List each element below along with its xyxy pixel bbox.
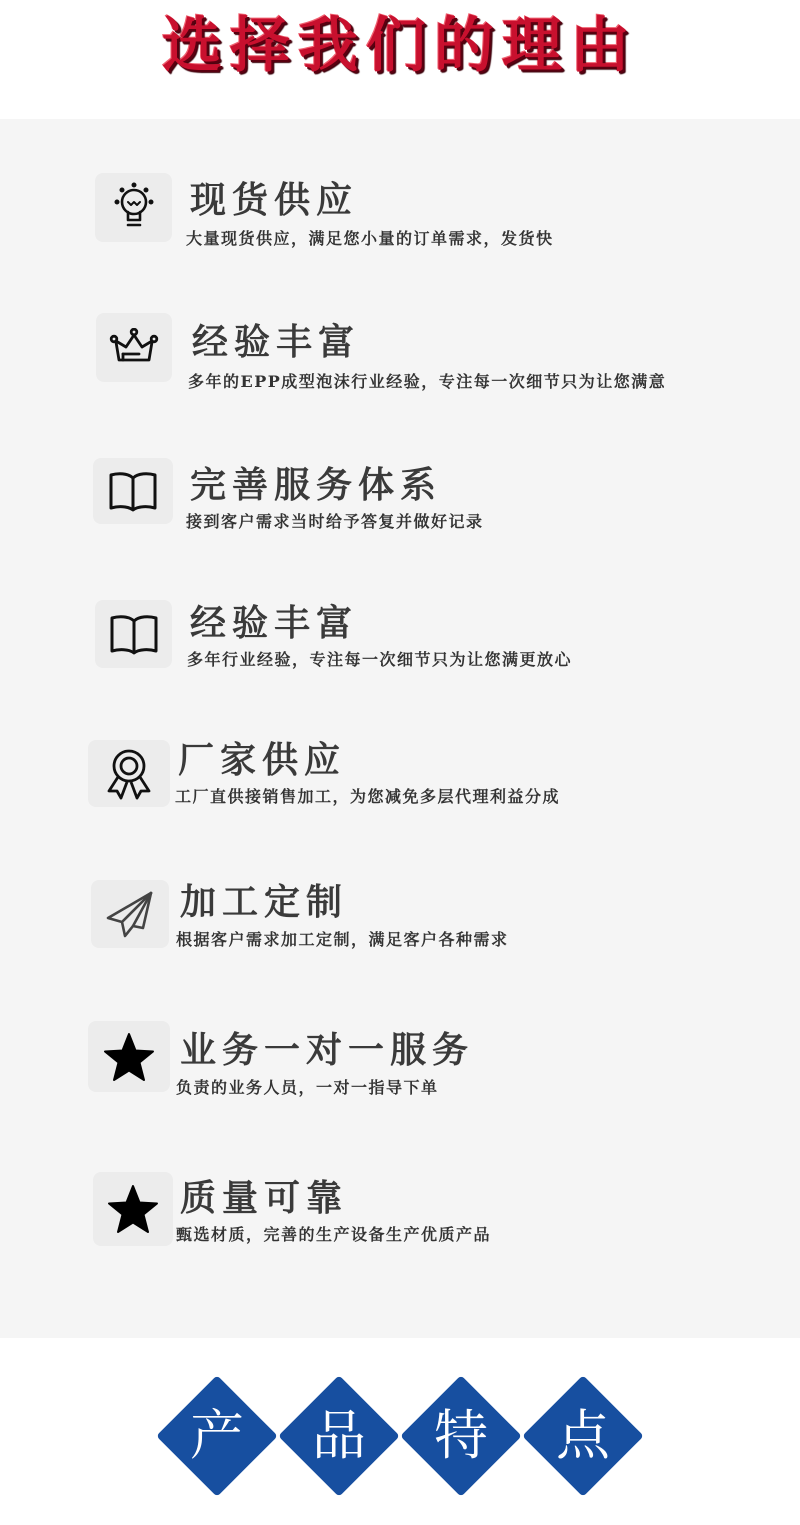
reason-icon-box: [88, 740, 170, 807]
reason-description: 甄选材质，完善的生产设备生产优质产品: [176, 1225, 491, 1245]
reason-title: 加工定制: [180, 882, 348, 922]
book-icon: [108, 470, 158, 512]
reason-icon-box: [91, 880, 169, 948]
diamond-label: 品: [278, 1375, 400, 1497]
reason-icon-box: [96, 313, 172, 382]
reason-icon-box: [95, 173, 172, 242]
award-ribbon-icon: [106, 748, 152, 800]
star-icon: [107, 1184, 159, 1234]
reason-title: 经验丰富: [192, 322, 360, 362]
reason-icon-box: [93, 1172, 173, 1246]
book-icon: [109, 613, 159, 655]
lightbulb-icon: [114, 182, 154, 234]
reasons-panel: [0, 119, 800, 1338]
star-icon: [103, 1032, 155, 1082]
paper-plane-icon: [105, 890, 155, 938]
reason-description: 工厂直供接销售加工，为您减免多层代理利益分成: [175, 787, 560, 807]
reason-icon-box: [93, 458, 173, 524]
diamond-label: 点: [522, 1375, 644, 1497]
reason-title: 现货供应: [190, 180, 358, 220]
reason-icon-box: [88, 1021, 170, 1092]
crown-icon: [109, 328, 159, 368]
reason-description: 负责的业务人员，一对一指导下单: [176, 1078, 439, 1098]
reason-title: 经验丰富: [190, 603, 358, 643]
reason-icon-box: [95, 600, 172, 668]
reason-description: 根据客户需求加工定制，满足客户各种需求: [176, 930, 509, 950]
reason-title: 厂家供应: [178, 740, 346, 780]
reason-description: 多年行业经验，专注每一次细节只为让您满更放心: [187, 650, 572, 670]
reason-title: 完善服务体系: [190, 465, 442, 505]
reason-description: 大量现货供应，满足您小量的订单需求，发货快: [186, 229, 554, 249]
reason-description: 多年的EPP成型泡沫行业经验，专注每一次细节只为让您满意: [188, 372, 666, 392]
diamond-label: 产: [156, 1375, 278, 1497]
page-title: 选择我们的理由: [0, 16, 800, 76]
page-header: 选择我们的理由: [0, 0, 800, 119]
reason-description: 接到客户需求当时给予答复并做好记录: [186, 512, 484, 532]
diamond-label: 特: [400, 1375, 522, 1497]
reason-title: 业务一对一服务: [180, 1030, 474, 1070]
reason-title: 质量可靠: [180, 1178, 348, 1218]
